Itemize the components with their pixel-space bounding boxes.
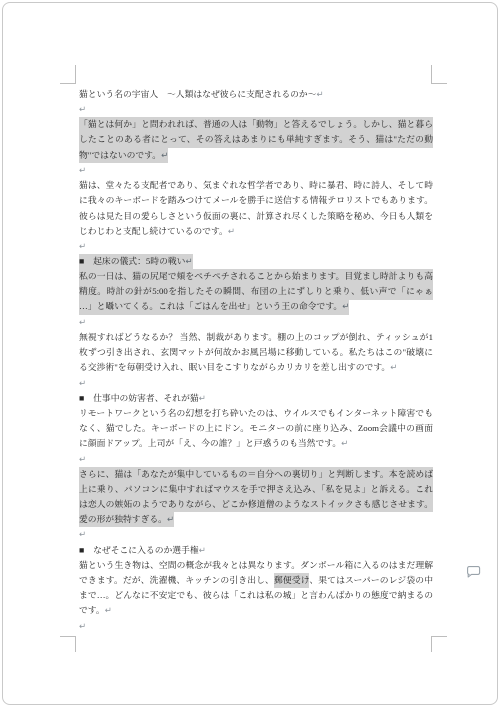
- paragraph-mark-icon: ↵: [199, 394, 206, 404]
- text-line: 「猫とは何か」と問われれば、普通の人は「動物」と答えるでしょう。しかし、猫と暮ら: [79, 117, 433, 132]
- paragraph-mark-icon: ↵: [105, 606, 112, 616]
- document-title-line: 猫という名の宇宙人 ～人類はなぜ彼らに支配されるのか～↵: [79, 87, 433, 102]
- text-body[interactable]: 猫という名の宇宙人 ～人類はなぜ彼らに支配されるのか～↵↵「猫とは何か」と問われ…: [79, 87, 433, 634]
- paragraph-mark-icon: ↵: [79, 318, 86, 328]
- text-run: じわじわと支配し続けているのです。: [79, 226, 228, 236]
- paragraph-mark-icon: ↵: [167, 512, 174, 527]
- margin-crop-mark-top-left: [60, 65, 76, 84]
- paragraph-mark-icon: ↵: [342, 300, 349, 315]
- highlighted-text-run: …」と囁いてくる。これは「ごはんを出せ」という王の命令です。: [79, 300, 342, 315]
- paragraph-mark-icon: ↵: [79, 166, 86, 176]
- text-line: なく、猫でした。キーボードの上にドン。モニターの前に座り込み、Zoom会議中の画…: [79, 421, 433, 436]
- text-run: です。: [79, 605, 105, 615]
- text-run: ■ 仕事中の妨害者、それが猫: [79, 393, 199, 403]
- text-run: 枚ずつ引き出され、玄関マットが何故かお風呂場に移動している。私たちはこの"破壊に…: [79, 347, 433, 360]
- highlighted-text-run: 上に乗り、パソコンに集中すればマウスを手で押さえ込み、「私を見よ」と訴える。これ: [79, 482, 433, 497]
- text-line: 私の一日は、猫の尻尾で頬をペチペチされることから始まります。目覚まし時計よりも高: [79, 269, 433, 284]
- text-run: 無視すればどうなるか？ 当然、制裁があります。棚の上のコップが倒れ、ティッシュが…: [79, 332, 433, 342]
- text-run: 猫という生き物は、空間の概念が我々とは異なります。ダンボール箱に入るのはまだ理解: [79, 560, 433, 570]
- highlighted-text-run: 郵便受け: [274, 573, 309, 588]
- highlighted-text-run: は恋人の嫉妬のようでありながら、どこか修道僧のようなストイックさも感じさせます。: [79, 497, 433, 512]
- text-line: 猫という生き物は、空間の概念が我々とは異なります。ダンボール箱に入るのはまだ理解: [79, 558, 433, 573]
- highlighted-text-run: ■ 起床の儀式：5時の戦い: [79, 254, 185, 269]
- section-heading-line: ■ 起床の儀式：5時の戦い↵: [79, 254, 433, 269]
- text-line: 無視すればどうなるか？ 当然、制裁があります。棚の上のコップが倒れ、ティッシュが…: [79, 330, 433, 345]
- highlighted-text-run: したことのある者にとって、その答えはあまりにも単純すぎます。そう、猫は"ただの動: [79, 133, 433, 148]
- text-run: ■ なぜそこに入るのか選手権: [79, 545, 199, 555]
- text-line: …」と囁いてくる。これは「ごはんを出せ」という王の命令です。↵: [79, 300, 433, 315]
- empty-line: ↵: [79, 619, 433, 634]
- paragraph-mark-icon: ↵: [161, 148, 168, 163]
- empty-line: ↵: [79, 102, 433, 117]
- empty-line: ↵: [79, 239, 433, 254]
- text-line: 愛の形が独特すぎる。↵: [79, 512, 433, 527]
- text-line: に我々のキーボードを踏みつけてメールを勝手に送信する情報テロリストでもあります。: [79, 193, 433, 208]
- margin-crop-mark-bottom-left: [60, 636, 76, 652]
- paragraph-mark-icon: ↵: [228, 227, 235, 237]
- paragraph-mark-icon: ↵: [199, 546, 206, 556]
- text-run: リモートワークという名の幻想を打ち砕いたのは、ウイルスでもインターネット障害でも: [79, 408, 433, 418]
- paragraph-mark-icon: ↵: [79, 105, 86, 115]
- text-run: できます。だが、洗濯機、キッチンの引き出し、: [79, 575, 274, 585]
- text-run: に顔面ドアップ。上司が「え、今の誰？」と戸惑うのも当然です。: [79, 438, 341, 448]
- text-line: まで…。どんなに不安定でも、彼らは「これは私の城」と言わんばかりの態度で納まるの: [79, 588, 433, 603]
- empty-line: ↵: [79, 527, 433, 542]
- text-run: なく、猫でした。キーボードの上にドン。モニターの前に座り込み、Zoom会議中の画…: [79, 423, 433, 433]
- text-run: に我々のキーボードを踏みつけてメールを勝手に送信する情報テロリストでもあります。: [79, 195, 433, 205]
- text-line: 上に乗り、パソコンに集中すればマウスを手で押さえ込み、「私を見よ」と訴える。これ: [79, 482, 433, 497]
- text-line: リモートワークという名の幻想を打ち砕いたのは、ウイルスでもインターネット障害でも: [79, 406, 433, 421]
- paragraph-mark-icon: ↵: [79, 379, 86, 389]
- text-line: に顔面ドアップ。上司が「え、今の誰？」と戸惑うのも当然です。↵: [79, 436, 433, 451]
- empty-line: ↵: [79, 315, 433, 330]
- highlighted-text-run: 物"ではないのです。: [79, 148, 161, 163]
- text-line: 枚ずつ引き出され、玄関マットが何故かお風呂場に移動している。私たちはこの"破壊に…: [79, 345, 433, 360]
- text-line: 精度。時計の針が5:00を指したその瞬間、布団の上にずしりと乗り、低い声で「にゃ…: [79, 284, 433, 299]
- highlighted-text-run: 精度。時計の針が5:00を指したその瞬間、布団の上にずしりと乗り、低い声で「にゃ…: [79, 284, 433, 299]
- paragraph-mark-icon: ↵: [79, 530, 86, 540]
- text-run: 彼らは見た目の愛らしさという仮面の裏に、計算され尽くした策略を秘め、今日も人類を: [79, 211, 433, 221]
- text-line: できます。だが、洗濯機、キッチンの引き出し、郵便受け、果てはスーパーのレジ袋の中: [79, 573, 433, 588]
- text-run: 猫という名の宇宙人 ～人類はなぜ彼らに支配されるのか～: [79, 89, 317, 99]
- text-line: じわじわと支配し続けているのです。↵: [79, 224, 433, 239]
- empty-line: ↵: [79, 376, 433, 391]
- text-line: 猫は、堂々たる支配者であり、気まぐれな哲学者であり、時に暴君、時に詩人、そして時: [79, 178, 433, 193]
- section-heading-line: ■ なぜそこに入るのか選手権↵: [79, 543, 433, 558]
- paragraph-mark-icon: ↵: [79, 242, 86, 252]
- paragraph-mark-icon: ↵: [79, 455, 86, 465]
- highlighted-text-run: 私の一日は、猫の尻尾で頬をペチペチされることから始まります。目覚まし時計よりも高: [79, 269, 433, 284]
- comment-icon[interactable]: [464, 565, 481, 579]
- text-line: は恋人の嫉妬のようでありながら、どこか修道僧のようなストイックさも感じさせます。: [79, 497, 433, 512]
- empty-line: ↵: [79, 163, 433, 178]
- margin-crop-mark-top-right: [431, 65, 447, 84]
- text-line: る交渉術"を毎朝受け入れ、眠い目をこすりながらカリカリを差し出すのです。↵: [79, 360, 433, 375]
- text-run: まで…。どんなに不安定でも、彼らは「これは私の城」と言わんばかりの態度で納まるの: [79, 590, 433, 600]
- section-heading-line: ■ 仕事中の妨害者、それが猫↵: [79, 391, 433, 406]
- paragraph-mark-icon: ↵: [317, 90, 324, 100]
- paragraph-mark-icon: ↵: [79, 622, 86, 632]
- paragraph-mark-icon: ↵: [341, 439, 348, 449]
- text-run: 、果てはスーパーのレジ袋の中: [309, 575, 433, 585]
- text-line: 彼らは見た目の愛らしさという仮面の裏に、計算され尽くした策略を秘め、今日も人類を: [79, 209, 433, 224]
- text-line: さらに、猫は「あなたが集中しているもの＝自分への裏切り」と判断します。本を読めば: [79, 467, 433, 482]
- paragraph-mark-icon: ↵: [185, 254, 192, 269]
- highlighted-text-run: 愛の形が独特すぎる。: [79, 512, 167, 527]
- text-line: です。↵: [79, 603, 433, 618]
- text-run: 猫は、堂々たる支配者であり、気まぐれな哲学者であり、時に暴君、時に詩人、そして時: [79, 180, 433, 190]
- text-line: 物"ではないのです。↵: [79, 148, 433, 163]
- empty-line: ↵: [79, 452, 433, 467]
- text-run: る交渉術"を毎朝受け入れ、眠い目をこすりながらカリカリを差し出すのです。: [79, 362, 390, 372]
- margin-crop-mark-bottom-right: [431, 636, 447, 652]
- document-page: 猫という名の宇宙人 ～人類はなぜ彼らに支配されるのか～↵↵「猫とは何か」と問われ…: [2, 2, 498, 705]
- highlighted-text-run: 「猫とは何か」と問われれば、普通の人は「動物」と答えるでしょう。しかし、猫と暮ら: [79, 117, 433, 132]
- text-line: したことのある者にとって、その答えはあまりにも単純すぎます。そう、猫は"ただの動: [79, 133, 433, 148]
- highlighted-text-run: さらに、猫は「あなたが集中しているもの＝自分への裏切り」と判断します。本を読めば: [79, 467, 433, 482]
- paragraph-mark-icon: ↵: [390, 363, 397, 373]
